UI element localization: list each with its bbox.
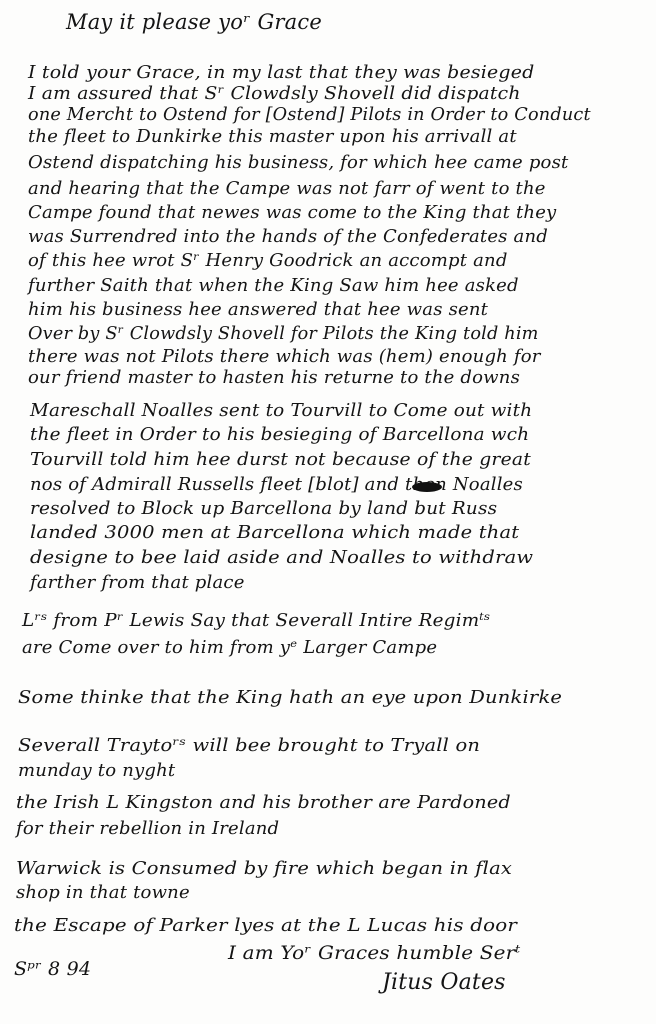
closing: I am Yoʳ Graces humble Serᵗ	[228, 942, 521, 964]
paragraph-7-line-1: Warwick is Consumed by fire which began …	[16, 858, 512, 879]
paragraph-6-line-2: for their rebellion in Ireland	[16, 818, 279, 839]
paragraph-2-line-2: the fleet in Order to his besieging of B…	[30, 424, 529, 445]
salutation: May it please yoʳ Grace	[66, 10, 322, 34]
paragraph-4-line-1: Some thinke that the King hath an eye up…	[18, 687, 562, 708]
letter-page: May it please yoʳ Grace I told your Grac…	[0, 0, 656, 1024]
paragraph-1-line-6: and hearing that the Campe was not farr …	[28, 178, 546, 199]
paragraph-1-line-13: there was not Pilots there which was (he…	[28, 346, 541, 367]
paragraph-1-line-14: our friend master to hasten his returne …	[28, 367, 520, 388]
paragraph-2-line-6: landed 3000 men at Barcellona which made…	[30, 522, 519, 543]
paragraph-5-line-1: Severall Traytoʳˢ will bee brought to Tr…	[18, 735, 480, 756]
paragraph-1-line-1: I told your Grace, in my last that they …	[28, 62, 534, 83]
paragraph-1-line-9: of this hee wrot Sʳ Henry Goodrick an ac…	[28, 250, 508, 271]
paragraph-1-line-8: was Surrendred into the hands of the Con…	[28, 226, 548, 247]
paragraph-2-line-1: Mareschall Noalles sent to Tourvill to C…	[30, 400, 532, 421]
paragraph-1-line-11: him his business hee answered that hee w…	[28, 299, 488, 320]
paragraph-1-line-5: Ostend dispatching his business, for whi…	[28, 152, 568, 173]
paragraph-2-line-7: designe to bee laid aside and Noalles to…	[30, 547, 533, 568]
paragraph-1-line-10: further Saith that when the King Saw him…	[28, 275, 519, 296]
paragraph-7-line-2: shop in that towne	[16, 882, 190, 903]
date: Sᵖʳ 8 94	[14, 958, 91, 980]
paragraph-6-line-1: the Irish L Kingston and his brother are…	[16, 792, 511, 813]
paragraph-5-line-2: munday to nyght	[18, 760, 175, 781]
paragraph-3-line-1: Lʳˢ from Pʳ Lewis Say that Severall Inti…	[22, 610, 490, 631]
paragraph-2-line-3: Tourvill told him hee durst not because …	[30, 449, 531, 470]
ink-blot	[412, 482, 442, 492]
paragraph-1-line-7: Campe found that newes was come to the K…	[28, 202, 556, 223]
paragraph-1-line-3: one Mercht to Ostend for [Ostend] Pilots…	[28, 104, 591, 125]
paragraph-1-line-12: Over by Sʳ Clowdsly Shovell for Pilots t…	[28, 323, 539, 344]
signature: Jitus Oates	[382, 970, 506, 995]
paragraph-2-line-5: resolved to Block up Barcellona by land …	[30, 498, 497, 519]
paragraph-1-line-4: the fleet to Dunkirke this master upon h…	[28, 126, 517, 147]
paragraph-2-line-8: farther from that place	[30, 572, 245, 593]
paragraph-8-line-1: the Escape of Parker lyes at the L Lucas…	[14, 915, 517, 936]
paragraph-1-line-2: I am assured that Sʳ Clowdsly Shovell di…	[28, 83, 521, 104]
paragraph-3-line-2: are Come over to him from yᵉ Larger Camp…	[22, 637, 437, 658]
paragraph-2-line-4: nos of Admirall Russells fleet [blot] an…	[30, 474, 523, 495]
